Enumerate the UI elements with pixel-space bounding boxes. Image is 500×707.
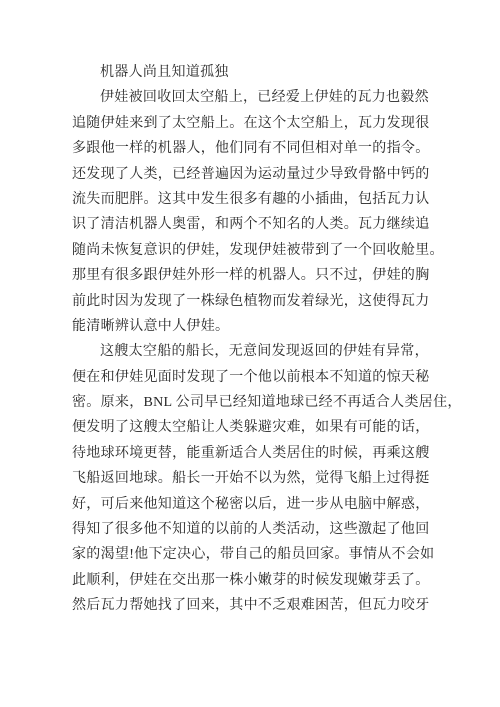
text-line: 便在和伊娃见面时发现了一个他以前根本不知道的惊天秘 bbox=[72, 365, 434, 390]
text-line: 待地球环境更替，能重新适合人类居住的时候，再乘这艘 bbox=[72, 441, 434, 466]
text-line: 前此时因为发现了一株绿色植物而发着绿光，这使得瓦力 bbox=[72, 289, 434, 314]
text-line: 飞船返回地球。船长一开始不以为然，觉得飞船上过得挺 bbox=[72, 466, 434, 491]
text-line: 密。原来，BNL 公司早已经知道地球已经不再适合人类居住， bbox=[72, 390, 434, 415]
text-line: 还发现了人类，已经普遍因为运动量过少导致骨骼中钙的 bbox=[72, 162, 434, 187]
text-line: 便发明了这艘太空船让人类躲避灾难，如果有可能的话， bbox=[72, 415, 434, 440]
text-line: 得知了很多他不知道的以前的人类活动，这些激起了他回 bbox=[72, 517, 434, 542]
text-line: 好，可后来他知道这个秘密以后，进一步从电脑中解惑， bbox=[72, 492, 434, 517]
text-line: 流失而肥胖。这其中发生很多有趣的小插曲，包括瓦力认 bbox=[72, 187, 434, 212]
text-line: 那里有很多跟伊娃外形一样的机器人。只不过，伊娃的胸 bbox=[72, 263, 434, 288]
text-line: 然后瓦力帮她找了回来，其中不乏艰难困苦，但瓦力咬牙 bbox=[72, 593, 434, 618]
document-title-line: 机器人尚且知道孤独 bbox=[72, 60, 434, 85]
text-line: 随尚未恢复意识的伊娃，发现伊娃被带到了一个回收舱里。 bbox=[72, 238, 434, 263]
text-line: 多跟他一样的机器人，他们同有不同但相对单一的指令。 bbox=[72, 136, 434, 161]
text-line: 这艘太空船的船长，无意间发现返回的伊娃有异常， bbox=[72, 339, 434, 364]
text-line: 追随伊娃来到了太空船上。在这个太空船上，瓦力发现很 bbox=[72, 111, 434, 136]
text-line: 此顺利，伊娃在交出那一株小嫩芽的时候发现嫩芽丢了。 bbox=[72, 568, 434, 593]
document-page: 机器人尚且知道孤独伊娃被回收回太空船上，已经爱上伊娃的瓦力也毅然追随伊娃来到了太… bbox=[0, 0, 500, 707]
text-line: 家的渴望!他下定决心，带自己的船员回家。事情从不会如 bbox=[72, 542, 434, 567]
text-line: 识了清洁机器人奥雷，和两个不知名的人类。瓦力继续追 bbox=[72, 212, 434, 237]
document-text-block: 机器人尚且知道孤独伊娃被回收回太空船上，已经爱上伊娃的瓦力也毅然追随伊娃来到了太… bbox=[72, 60, 434, 619]
text-line: 能清晰辨认意中人伊娃。 bbox=[72, 314, 434, 339]
text-line: 伊娃被回收回太空船上，已经爱上伊娃的瓦力也毅然 bbox=[72, 85, 434, 110]
